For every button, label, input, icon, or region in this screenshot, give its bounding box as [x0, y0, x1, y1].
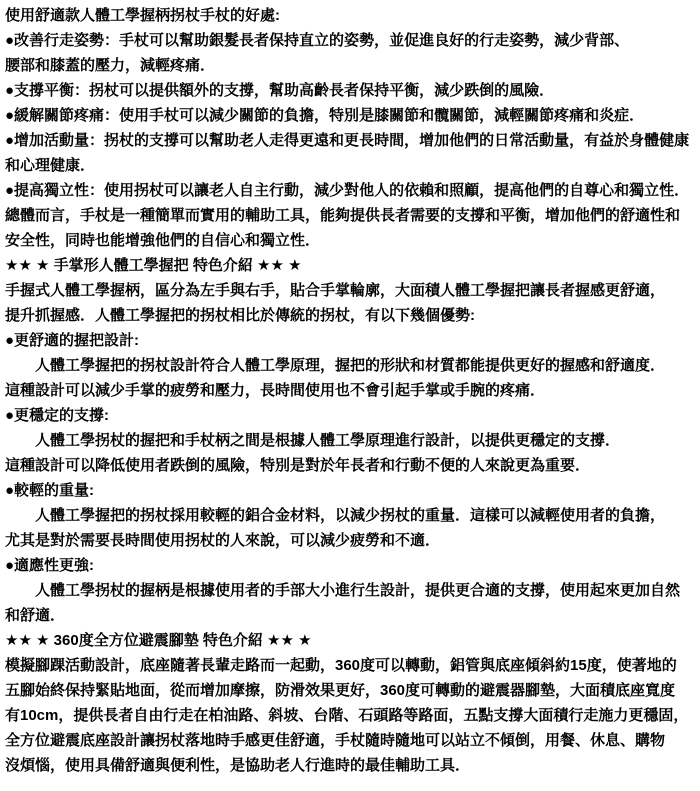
- bullet-balance-line: ●支撐平衡：拐杖可以提供額外的支撐，幫助高齡長者保持平衡，減少跌倒的風險．: [5, 78, 698, 103]
- bullet-activity-cont-line: 和心理健康．: [5, 153, 698, 178]
- comfort-design-body-line: 人體工學握把的拐杖設計符合人體工學原理，握把的形狀和材質都能提供更好的握感和舒適…: [5, 353, 698, 378]
- summary-line: 總體而言，手杖是一種簡單而實用的輔助工具，能夠提供長者需要的支撐和平衡，增加他們…: [5, 203, 698, 228]
- grip-intro-line: 手握式人體工學握柄，區分為左手與右手，貼合手掌輪廓，大面積人體工學握把讓長者握感…: [5, 278, 698, 303]
- bullet-joint-pain-line: ●緩解關節疼痛：使用手杖可以減少關節的負擔，特別是膝關節和髖關節，減輕關節疼痛和…: [5, 103, 698, 128]
- bullet-comfort-design-line: ●更舒適的握把設計:: [5, 328, 698, 353]
- footpad-body-line-5: 沒煩惱，使用具備舒適與便利性，是協助老人行進時的最佳輔助工具．: [5, 753, 698, 778]
- adaptability-cont-line: 和舒適．: [5, 603, 698, 628]
- stable-support-cont-line: 這種設計可以降低使用者跌倒的風險，特別是對於年長者和行動不便的人來說更為重要．: [5, 453, 698, 478]
- bullet-adaptability-line: ●適應性更強:: [5, 553, 698, 578]
- product-description-document: 使用舒適款人體工學握柄拐杖手杖的好處: ●改善行走姿勢：手杖可以幫助銀髮長者保持…: [0, 0, 700, 791]
- light-weight-cont-line: 尤其是對於需要長時間使用拐杖的人來說，可以減少疲勞和不適．: [5, 528, 698, 553]
- footpad-body-line-2: 五腳始終保持緊貼地面，從而增加摩擦，防滑效果更好，360度可轉動的避震器腳墊，大…: [5, 678, 698, 703]
- comfort-design-cont-line: 這種設計可以減少手掌的疲勞和壓力，長時間使用也不會引起手掌或手腕的疼痛．: [5, 378, 698, 403]
- section-heading-grip: ★★ ★ 手掌形人體工學握把 特色介紹 ★★ ★: [5, 253, 698, 278]
- doc-title-line: 使用舒適款人體工學握柄拐杖手杖的好處:: [5, 3, 698, 28]
- section-heading-footpad: ★★ ★ 360度全方位避震腳墊 特色介紹 ★★ ★: [5, 628, 698, 653]
- bullet-activity-line: ●增加活動量：拐杖的支撐可以幫助老人走得更遠和更長時間，增加他們的日常活動量，有…: [5, 128, 698, 153]
- bullet-posture-line: ●改善行走姿勢：手杖可以幫助銀髮長者保持直立的姿勢，並促進良好的行走姿勢，減少背…: [5, 28, 698, 53]
- bullet-posture-cont-line: 腰部和膝蓋的壓力，減輕疼痛．: [5, 53, 698, 78]
- summary-cont-line: 安全性，同時也能增強他們的自信心和獨立性．: [5, 228, 698, 253]
- light-weight-body-line: 人體工學握把的拐杖採用較輕的鋁合金材料，以減少拐杖的重量．這樣可以減輕使用者的負…: [5, 503, 698, 528]
- bullet-stable-support-line: ●更穩定的支撐:: [5, 403, 698, 428]
- footpad-body-line-1: 模擬腳踝活動設計，底座隨著長輩走路而一起動，360度可以轉動，鋁管與底座傾斜約1…: [5, 653, 698, 678]
- bullet-light-weight-line: ●較輕的重量:: [5, 478, 698, 503]
- adaptability-body-line: 人體工學拐杖的握柄是根據使用者的手部大小進行生設計，提供更合適的支撐，使用起來更…: [5, 578, 698, 603]
- stable-support-body-line: 人體工學拐杖的握把和手杖柄之間是根據人體工學原理進行設計，以提供更穩定的支撐．: [5, 428, 698, 453]
- grip-intro-cont-line: 提升抓握感．人體工學握把的拐杖相比於傳統的拐杖，有以下幾個優勢:: [5, 303, 698, 328]
- footpad-body-line-4: 全方位避震底座設計讓拐杖落地時手感更佳舒適，手杖隨時隨地可以站立不傾倒，用餐、休…: [5, 728, 698, 753]
- bullet-independence-line: ●提高獨立性：使用拐杖可以讓老人自主行動，減少對他人的依賴和照顧，提高他們的自尊…: [5, 178, 698, 203]
- footpad-body-line-3: 有10cm，提供長者自由行走在柏油路、斜坡、台階、石頭路等路面，五點支撐大面積行…: [5, 703, 698, 728]
